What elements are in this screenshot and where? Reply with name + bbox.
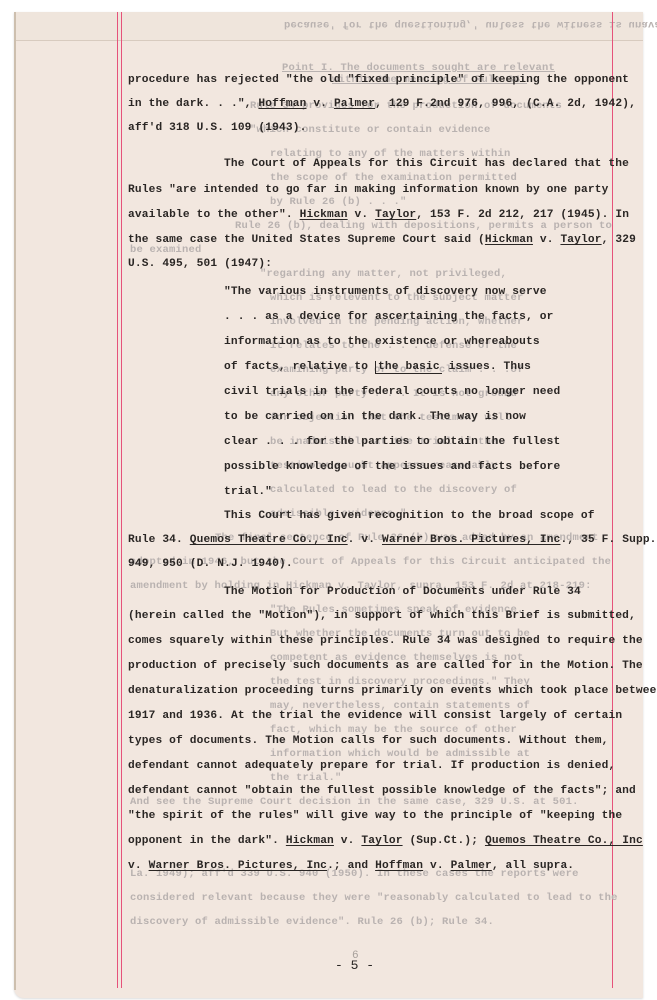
body-line: production of precisely such documents a…: [128, 660, 643, 672]
body-line: aff'd 318 U.S. 109 (1943).: [128, 122, 306, 134]
case-name: Taylor: [375, 209, 416, 221]
body-line: Rule 34. Quemos Theatre Co., Inc. v. War…: [128, 534, 657, 546]
show-through-heading: Point I. The documents sought are releva…: [282, 62, 555, 74]
body-line: procedure has rejected "the old "fixed p…: [128, 74, 629, 86]
show-through-line: discovery of admissible evidence". Rule …: [130, 916, 494, 928]
body-line: defendant cannot "obtain the fullest pos…: [128, 785, 636, 797]
show-through-line: And see the Supreme Court decision in th…: [130, 796, 579, 808]
show-through-line: calculated to lead to the discovery of: [270, 484, 517, 496]
underlying-page-strip: because' for the questioning,' unless th…: [14, 12, 643, 41]
body-line: "the spirit of the rules" will give way …: [128, 810, 622, 822]
body-line: comes squarely within these principles. …: [128, 635, 643, 647]
body-line: the same case the United States Supreme …: [128, 234, 636, 246]
case-name: Hoffman: [375, 860, 423, 872]
sheet-left-edge: [14, 12, 16, 990]
body-line: denaturalization proceeding turns primar…: [128, 685, 657, 697]
show-through-line: information which would be admissible at: [270, 748, 530, 760]
show-through-top: because' for the questioning,' unless th…: [284, 18, 657, 30]
body-line: in the dark. . .", Hoffman v. Palmer, 12…: [128, 98, 636, 110]
show-through-line: the trial.": [270, 772, 342, 784]
quote-line: of facts, relative to the basic issues. …: [224, 361, 531, 373]
body-line: (herein called the "Motion"), in support…: [128, 610, 636, 622]
show-through-line: "regarding any matter, not privileged,: [260, 268, 507, 280]
body-line: Rules "are intended to go far in making …: [128, 184, 608, 196]
quote-line: civil trials in the federal courts no lo…: [224, 386, 560, 398]
quote-line: "The various instruments of discovery no…: [224, 286, 547, 298]
quote-line: clear . . . for the parties to obtain th…: [224, 436, 560, 448]
paragraph-start: The Motion for Production of Documents u…: [224, 586, 581, 598]
body-line: defendant cannot adequately prepare for …: [128, 760, 615, 772]
quote-line: . . . as a device for ascertaining the f…: [224, 311, 553, 323]
body-line: U.S. 495, 501 (1947):: [128, 258, 272, 270]
body-line: 949, 950 (D. N.J. 1940).: [128, 558, 293, 570]
quote-line: to be carried on in the dark. The way is…: [224, 411, 526, 423]
case-name: Hickman: [300, 209, 348, 221]
case-name: Warner Bros. Pictures, Inc: [149, 860, 327, 872]
left-margin-rule: [117, 12, 118, 988]
show-through-line: the scope of the examination permitted: [270, 172, 517, 184]
quote-line: trial.": [224, 486, 272, 498]
case-name: Quemos Theatre Co., Inc: [485, 835, 643, 847]
paragraph-start: The Court of Appeals for this Circuit ha…: [224, 158, 629, 170]
case-name: Palmer: [334, 98, 375, 110]
body-line: opponent in the dark". Hickman v. Taylor…: [128, 835, 643, 847]
paragraph-start: This Court has given recognition to the …: [224, 510, 595, 522]
case-name: Warner Bros. Pictures, Inc: [382, 534, 560, 546]
show-through-line: Rule 26 (b), dealing with depositions, p…: [235, 220, 612, 232]
show-through-line: by Rule 26 (b) . . .": [270, 196, 407, 208]
case-name: Quemos Theatre Co., Inc: [190, 534, 348, 546]
case-name: Hickman: [286, 835, 334, 847]
quote-line: possible knowledge of the issues and fac…: [224, 461, 560, 473]
page-number: - 5 -: [335, 958, 374, 973]
body-line: 1917 and 1936. At the trial the evidence…: [128, 710, 622, 722]
left-margin-rule-inner: [121, 12, 122, 988]
body-line: v. Warner Bros. Pictures, Inc.; and Hoff…: [128, 860, 574, 872]
bracketed-insertion: the basic: [375, 361, 442, 374]
case-name: Hickman: [485, 234, 533, 246]
case-name: Hoffman: [258, 98, 306, 110]
case-name: Taylor: [560, 234, 601, 246]
case-name: Palmer: [451, 860, 492, 872]
case-name: Taylor: [361, 835, 402, 847]
body-line: available to the other". Hickman v. Tayl…: [128, 209, 629, 221]
show-through-line: considered relevant because they were "r…: [130, 892, 618, 904]
body-line: types of documents. The Motion calls for…: [128, 735, 608, 747]
quote-line: information as to the existence or where…: [224, 336, 540, 348]
